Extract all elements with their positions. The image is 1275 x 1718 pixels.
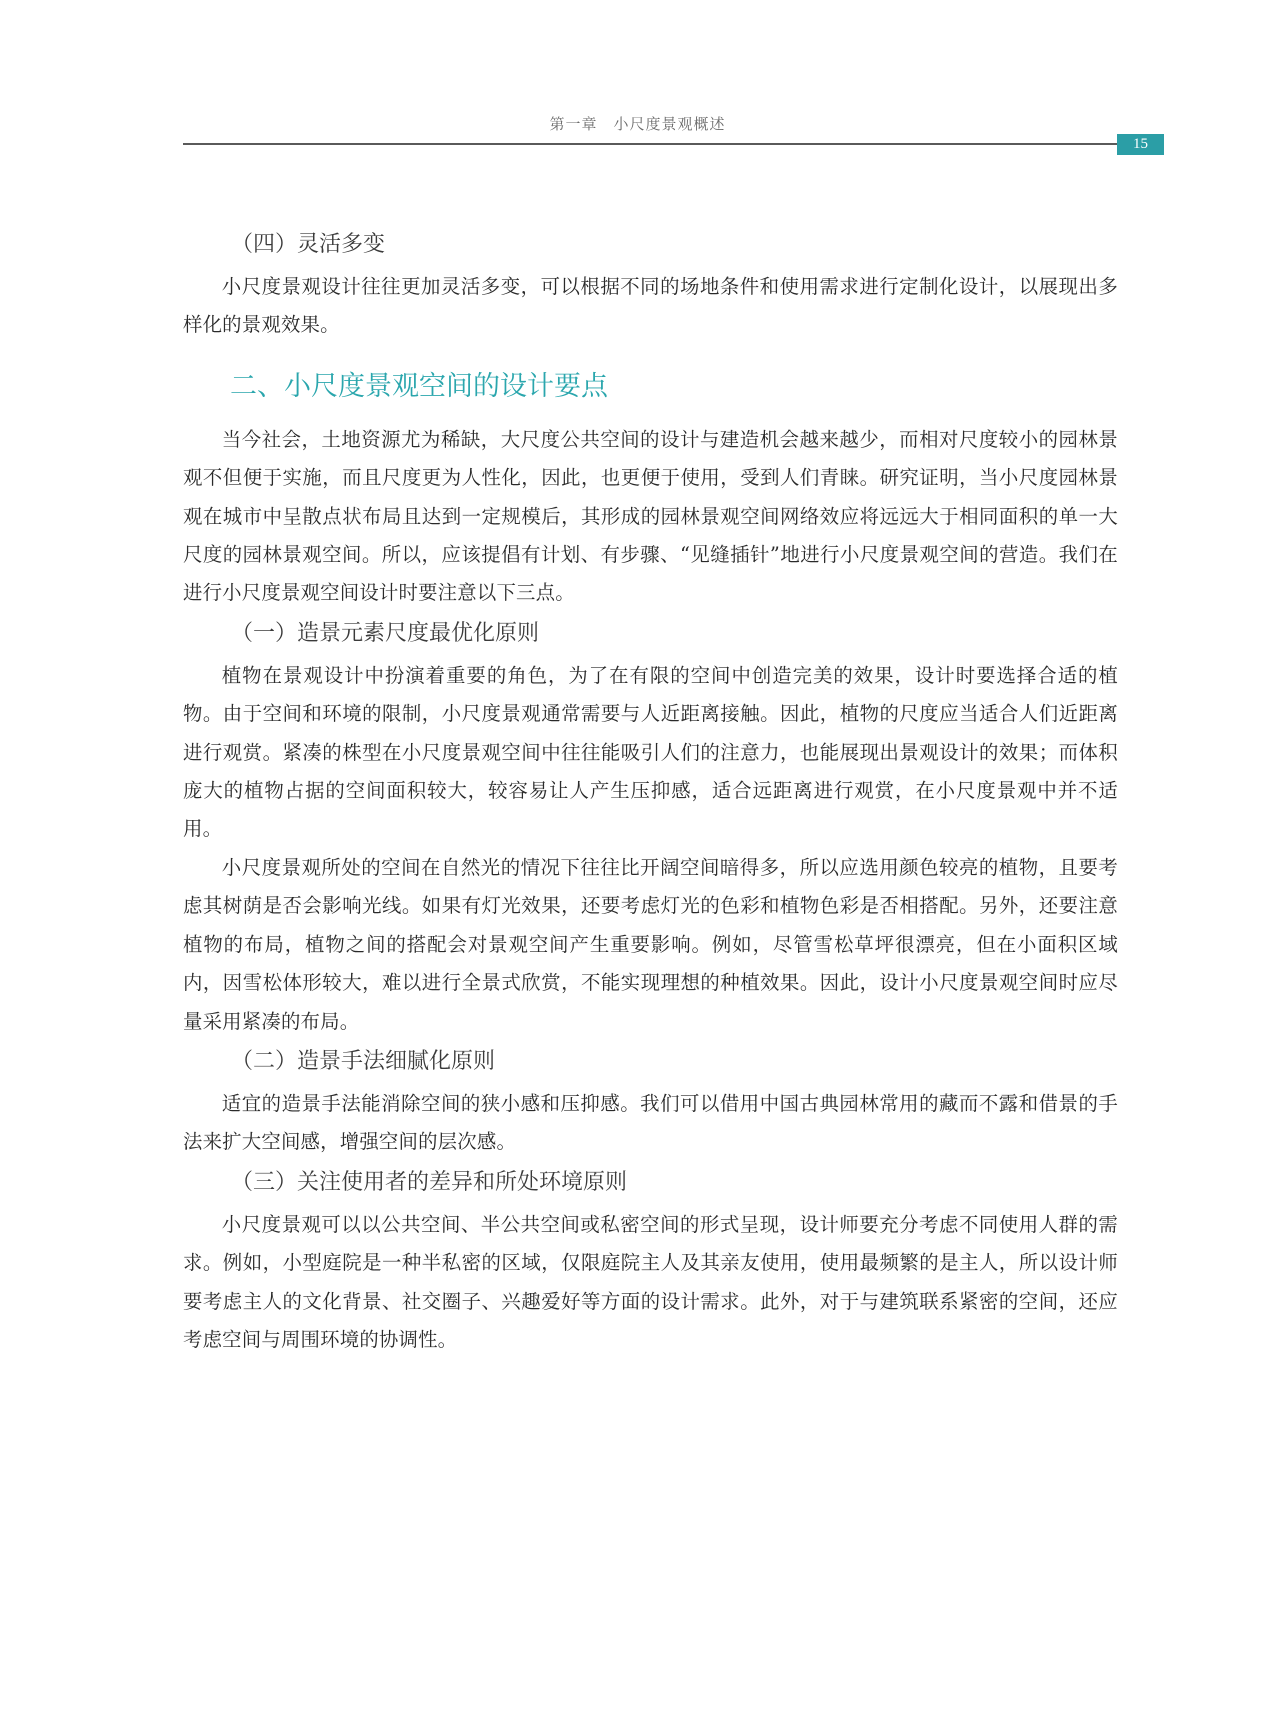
paragraph: 小尺度景观所处的空间在自然光的情况下往往比开阔空间暗得多，所以应选用颜色较亮的植… bbox=[183, 849, 1118, 1041]
subheading-principle-3: （三）关注使用者的差异和所处环境原则 bbox=[231, 1166, 1118, 1200]
paragraph: 小尺度景观可以以公共空间、半公共空间或私密空间的形式呈现，设计师要充分考虑不同使… bbox=[183, 1206, 1118, 1360]
paragraph: 适宜的造景手法能消除空间的狭小感和压抑感。我们可以借用中国古典园林常用的藏而不露… bbox=[183, 1085, 1118, 1162]
page-body: （四）灵活多变 小尺度景观设计往往更加灵活多变，可以根据不同的场地条件和使用需求… bbox=[183, 228, 1118, 1359]
header-rule bbox=[183, 143, 1118, 145]
paragraph: 植物在景观设计中扮演着重要的角色，为了在有限的空间中创造完美的效果，设计时要选择… bbox=[183, 657, 1118, 849]
paragraph: 小尺度景观设计往往更加灵活多变，可以根据不同的场地条件和使用需求进行定制化设计，… bbox=[183, 268, 1118, 345]
paragraph: 当今社会，土地资源尤为稀缺，大尺度公共空间的设计与建造机会越来越少，而相对尺度较… bbox=[183, 421, 1118, 613]
page-number: 15 bbox=[1117, 134, 1164, 155]
running-head: 第一章 小尺度景观概述 bbox=[0, 113, 1275, 134]
section-title: 二、小尺度景观空间的设计要点 bbox=[230, 365, 1118, 409]
subheading-principle-1: （一）造景元素尺度最优化原则 bbox=[231, 617, 1118, 651]
subheading-flexible: （四）灵活多变 bbox=[231, 228, 1118, 262]
subheading-principle-2: （二）造景手法细腻化原则 bbox=[231, 1045, 1118, 1079]
